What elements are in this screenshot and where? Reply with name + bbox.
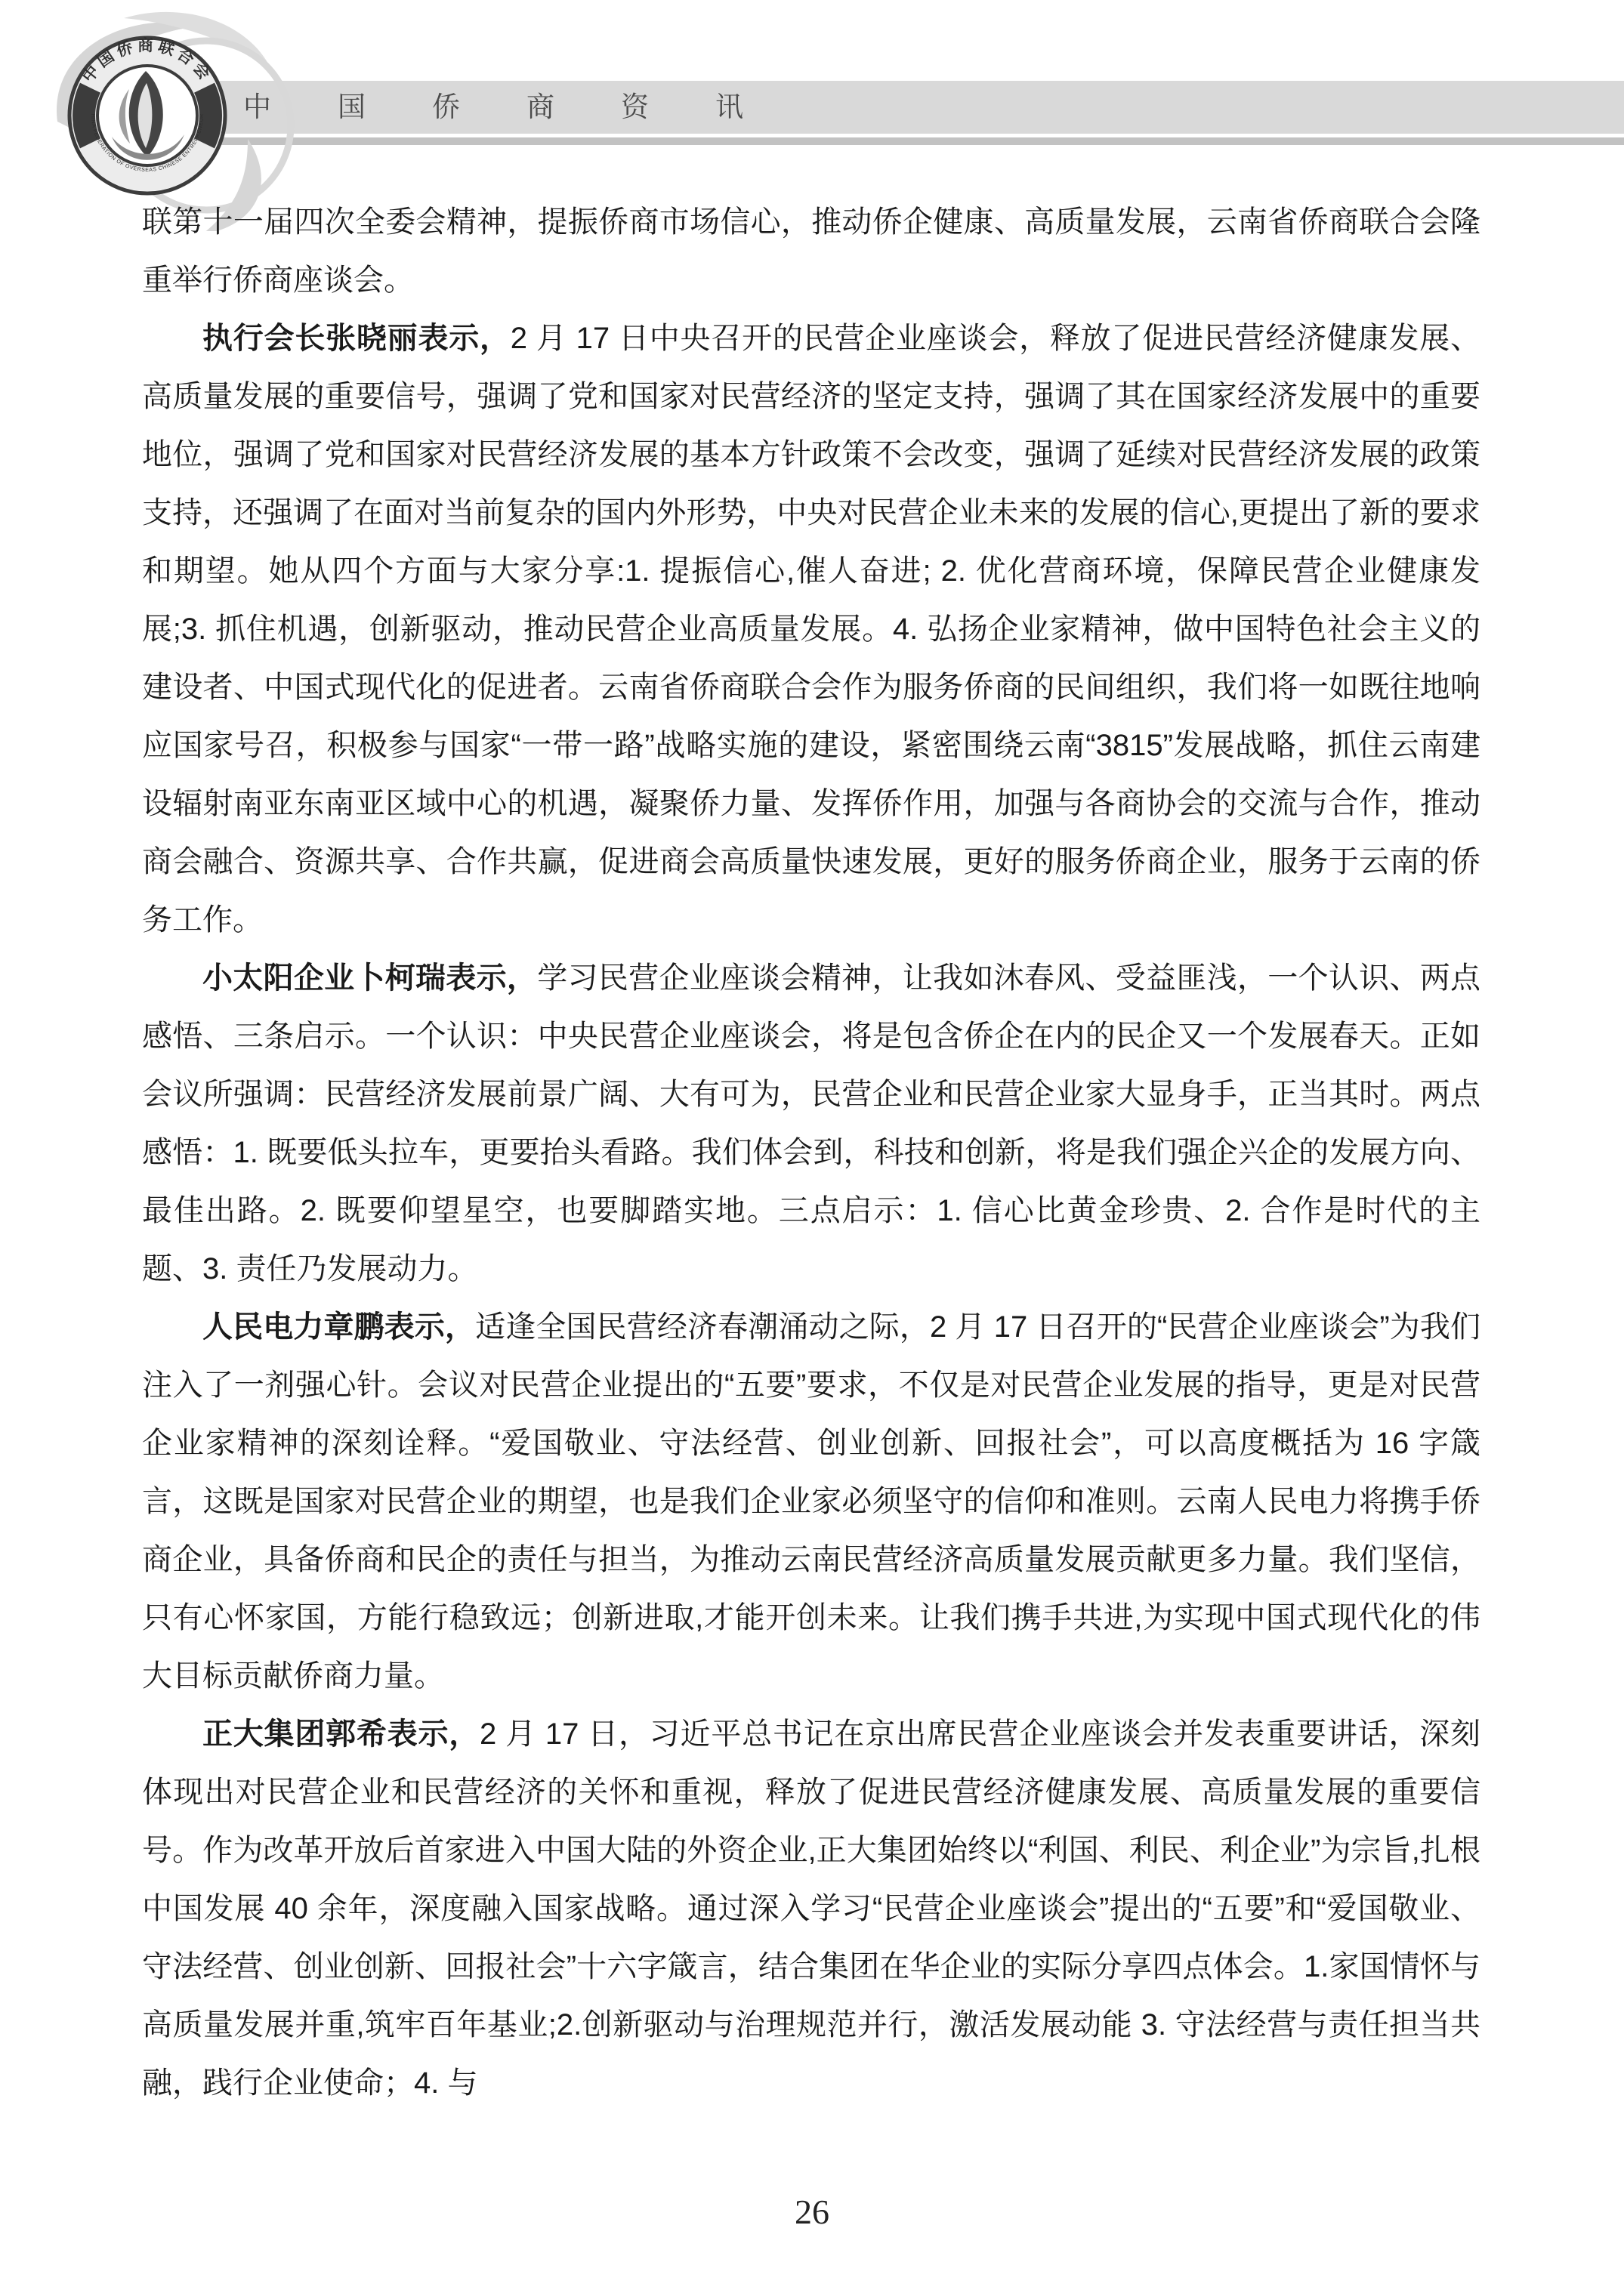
header-underline bbox=[160, 137, 1624, 145]
paragraph-lead: 人民电力章鹏表示， bbox=[202, 1310, 475, 1344]
logo-ring-segment-right bbox=[205, 88, 211, 144]
header-band: 中国侨商资讯 bbox=[130, 81, 1624, 134]
page-number: 26 bbox=[0, 2192, 1624, 2232]
paragraph-text: 适逢全国民营经济春潮涌动之际，2 月 17 日召开的“民营企业座谈会”为我们注入… bbox=[142, 1310, 1480, 1693]
article-body: 联第十一届四次全委会精神，提振侨商市场信心，推动侨企健康、高质量发展，云南省侨商… bbox=[142, 193, 1480, 2112]
paragraph-text: 2 月 17 日，习近平总书记在京出席民营企业座谈会并发表重要讲话，深刻体现出对… bbox=[142, 1717, 1480, 2100]
paragraph-text: 学习民营企业座谈会精神，让我如沐春风、受益匪浅，一个认识、两点感悟、三条启示。一… bbox=[142, 961, 1480, 1285]
paragraph-text: 联第十一届四次全委会精神，提振侨商市场信心，推动侨企健康、高质量发展，云南省侨商… bbox=[142, 205, 1480, 297]
paragraph-guoxi: 正大集团郭希表示，2 月 17 日，习近平总书记在京出席民营企业座谈会并发表重要… bbox=[142, 1705, 1480, 2112]
paragraph-text: 2 月 17 日中央召开的民营企业座谈会，释放了促进民营经济健康发展、高质量发展… bbox=[142, 322, 1480, 937]
paragraph-zhangxiaoli: 执行会长张晓丽表示，2 月 17 日中央召开的民营企业座谈会，释放了促进民营经济… bbox=[142, 310, 1480, 949]
paragraph-lead: 小太阳企业卜柯瑞表示， bbox=[202, 961, 537, 995]
paragraph-lead: 正大集团郭希表示， bbox=[202, 1717, 480, 1751]
logo-ring-segment-left bbox=[84, 88, 90, 144]
paragraph-zhangpeng: 人民电力章鹏表示，适逢全国民营经济春潮涌动之际，2 月 17 日召开的“民营企业… bbox=[142, 1298, 1480, 1705]
paragraph-bukerui: 小太阳企业卜柯瑞表示，学习民营企业座谈会精神，让我如沐春风、受益匪浅，一个认识、… bbox=[142, 949, 1480, 1298]
paragraph-lead: 执行会长张晓丽表示， bbox=[202, 322, 511, 355]
paragraph-continuation: 联第十一届四次全委会精神，提振侨商市场信心，推动侨企健康、高质量发展，云南省侨商… bbox=[142, 193, 1480, 310]
